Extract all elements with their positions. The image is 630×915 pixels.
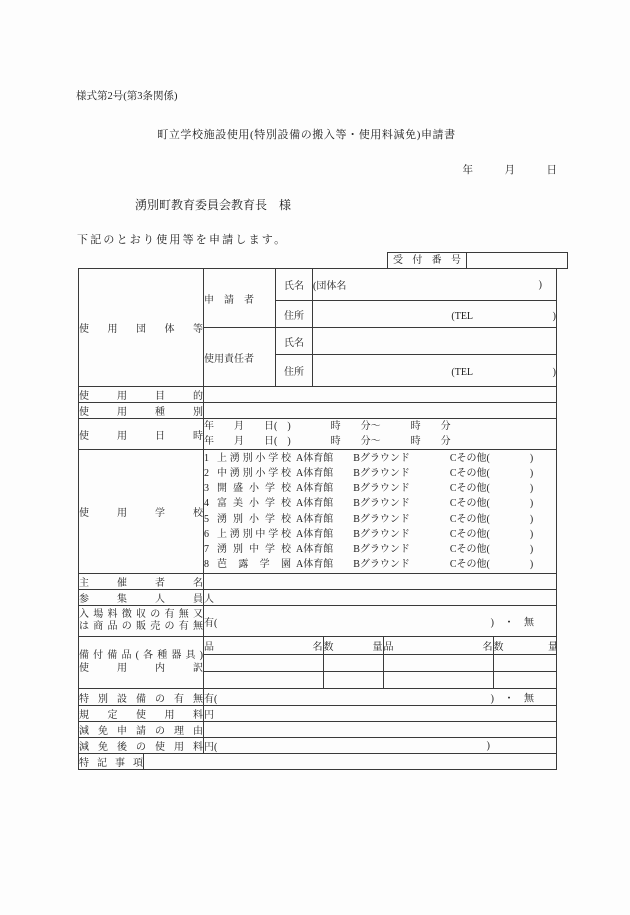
reduced-fee-close: ) — [487, 740, 490, 751]
equipment-item-field[interactable] — [383, 671, 493, 688]
school-facility-options: A体育館 Bグラウンド Cその他( ) — [296, 542, 533, 557]
school-facility-options: A体育館 Bグラウンド Cその他( ) — [296, 496, 533, 511]
equipment-col-quantity: 数量 — [493, 637, 557, 654]
group-name-close-paren: ) — [539, 279, 542, 290]
form-number: 様式第2号(第3条関係) — [76, 88, 178, 103]
school-name: 上湧別中学校 — [217, 527, 291, 542]
school-facility-options: A体育館 Bグラウンド Cその他( ) — [296, 451, 533, 466]
school-number: 6 — [204, 527, 217, 542]
applicant-name-field[interactable]: (団体名 ) — [313, 269, 557, 301]
equipment-qty-field[interactable] — [323, 654, 383, 671]
reduced-fee-open: 円( — [204, 742, 217, 753]
equipment-item-field[interactable] — [383, 654, 493, 671]
equipment-col-item-name: 品名 — [383, 637, 493, 654]
equipment-col-quantity: 数量 — [323, 637, 383, 654]
attendance-field[interactable]: 人 — [204, 590, 557, 606]
school-option-row[interactable]: 5 湧別小学校 A体育館 Bグラウンド Cその他( ) — [204, 512, 556, 527]
label-use-manager: 使用責任者 — [204, 328, 276, 387]
school-option-row[interactable]: 1 上湧別小学校 A体育館 Bグラウンド Cその他( ) — [204, 451, 556, 466]
use-purpose-field[interactable] — [204, 387, 557, 403]
equipment-subtable: 品名 数量 品名 数量 — [204, 637, 557, 688]
special-no-option: ) ・ 無 — [491, 690, 534, 705]
school-facility-options: A体育館 Bグラウンド Cその他( ) — [296, 527, 533, 542]
label-user-group: 使用団体等 — [79, 269, 204, 387]
school-number: 5 — [204, 512, 217, 527]
special-notes-field[interactable] — [144, 754, 557, 770]
special-equipment-field[interactable]: 有( ) ・ 無 — [204, 689, 557, 706]
equipment-subtable-cell: 品名 数量 品名 数量 — [204, 637, 557, 689]
school-name: 湧別小学校 — [217, 512, 291, 527]
school-name: 中湧別小学校 — [217, 466, 291, 481]
application-form-page: 様式第2号(第3条関係) 町立学校施設使用(特別設備の搬入等・使用料減免)申請書… — [0, 0, 630, 915]
label-use-category: 使用種別 — [79, 403, 204, 419]
school-facility-options: A体育館 Bグラウンド Cその他( ) — [296, 557, 533, 572]
school-number: 7 — [204, 542, 217, 557]
label-use-datetime: 使用日時 — [79, 419, 204, 450]
manager-address-field[interactable]: (TEL ) — [313, 355, 557, 387]
label-special-notes: 特記事項 — [79, 754, 144, 770]
addressee-line: 湧別町教育委員会教育長 様 — [135, 196, 291, 213]
label-use-school: 使用学校 — [79, 450, 204, 574]
school-facility-options: A体育館 Bグラウンド Cその他( ) — [296, 512, 533, 527]
admission-yes-no-field[interactable]: 有( ) ・ 無 — [204, 606, 557, 637]
school-number: 8 — [204, 557, 217, 572]
receipt-number-box: 受付番号 — [387, 252, 568, 269]
school-option-row[interactable]: 8 芭露学園 A体育館 Bグラウンド Cその他( ) — [204, 557, 556, 572]
equipment-qty-field[interactable] — [493, 671, 557, 688]
school-name: 芭露学園 — [217, 557, 291, 572]
label-name: 氏名 — [276, 269, 313, 301]
label-reduced-fee: 減免後の使用料 — [79, 738, 204, 754]
label-use-purpose: 使用目的 — [79, 387, 204, 403]
school-name: 上湧別小学校 — [217, 451, 291, 466]
school-number: 2 — [204, 466, 217, 481]
school-name: 富美小学校 — [217, 496, 291, 511]
label-address: 住所 — [276, 355, 313, 387]
reduction-reason-field[interactable] — [204, 722, 557, 738]
applicant-address-field[interactable]: (TEL ) — [313, 301, 557, 328]
school-option-row[interactable]: 7 湧別中学校 A体育館 Bグラウンド Cその他( ) — [204, 542, 556, 557]
equipment-item-field[interactable] — [204, 654, 323, 671]
label-organizer-name: 主催者名 — [79, 574, 204, 590]
equipment-qty-field[interactable] — [323, 671, 383, 688]
group-name-open-paren: (団体名 — [313, 281, 346, 292]
label-address: 住所 — [276, 301, 313, 328]
label-reduction-reason: 減免申請の理由 — [79, 722, 204, 738]
equipment-qty-field[interactable] — [493, 654, 557, 671]
school-name: 湧別中学校 — [217, 542, 291, 557]
school-option-row[interactable]: 3 開盛小学校 A体育館 Bグラウンド Cその他( ) — [204, 481, 556, 496]
school-option-row[interactable]: 2 中湧別小学校 A体育館 Bグラウンド Cその他( ) — [204, 466, 556, 481]
intro-sentence: 下記のとおり使用等を申請します。 — [77, 231, 287, 247]
label-standard-fee: 規定使用料 — [79, 706, 204, 722]
organizer-name-field[interactable] — [204, 574, 557, 590]
school-number: 3 — [204, 481, 217, 496]
school-option-row[interactable]: 6 上湧別中学校 A体育館 Bグラウンド Cその他( ) — [204, 527, 556, 542]
label-attendance: 参集人員 — [79, 590, 204, 606]
receipt-number-value[interactable] — [467, 252, 568, 269]
reduced-fee-field[interactable]: 円( ) — [204, 738, 557, 754]
equipment-col-item-name: 品名 — [204, 637, 323, 654]
label-name: 氏名 — [276, 328, 313, 355]
admission-yes-open: 有( — [204, 618, 217, 629]
school-name: 開盛小学校 — [217, 481, 291, 496]
date-fill-line[interactable]: 年 月 日 — [463, 162, 558, 177]
label-admission-sales: 入場料徴収の有無又 は商品の販売の有無 — [79, 606, 204, 637]
label-equipment-detail: 備付備品(各種器具) 使用内訳 — [79, 637, 204, 689]
school-facility-options: A体育館 Bグラウンド Cその他( ) — [296, 481, 533, 496]
school-options-cell: 1 上湧別小学校 A体育館 Bグラウンド Cその他( ) 2 中湧別小学校 A体… — [204, 450, 557, 574]
equipment-item-field[interactable] — [204, 671, 323, 688]
application-table: 使用団体等 申 請 者 氏名 (団体名 ) 住所 (TEL ) 使用責任者 氏名… — [78, 268, 557, 770]
use-datetime-field[interactable]: 年 月 日( ) 時 分～ 時 分 年 月 日( ) 時 分～ 時 分 — [204, 419, 557, 450]
receipt-number-label: 受付番号 — [387, 252, 467, 269]
label-special-equipment: 特別設備の有無 — [79, 689, 204, 706]
special-yes-open: 有( — [204, 694, 217, 705]
use-category-field[interactable] — [204, 403, 557, 419]
page-title: 町立学校施設使用(特別設備の搬入等・使用料減免)申請書 — [0, 126, 613, 142]
school-facility-options: A体育館 Bグラウンド Cその他( ) — [296, 466, 533, 481]
school-number: 1 — [204, 451, 217, 466]
school-number: 4 — [204, 496, 217, 511]
label-applicant: 申 請 者 — [204, 269, 276, 328]
admission-no-option: ) ・ 無 — [491, 614, 534, 629]
standard-fee-field[interactable]: 円 — [204, 706, 557, 722]
school-option-row[interactable]: 4 富美小学校 A体育館 Bグラウンド Cその他( ) — [204, 496, 556, 511]
manager-name-field[interactable] — [313, 328, 557, 355]
